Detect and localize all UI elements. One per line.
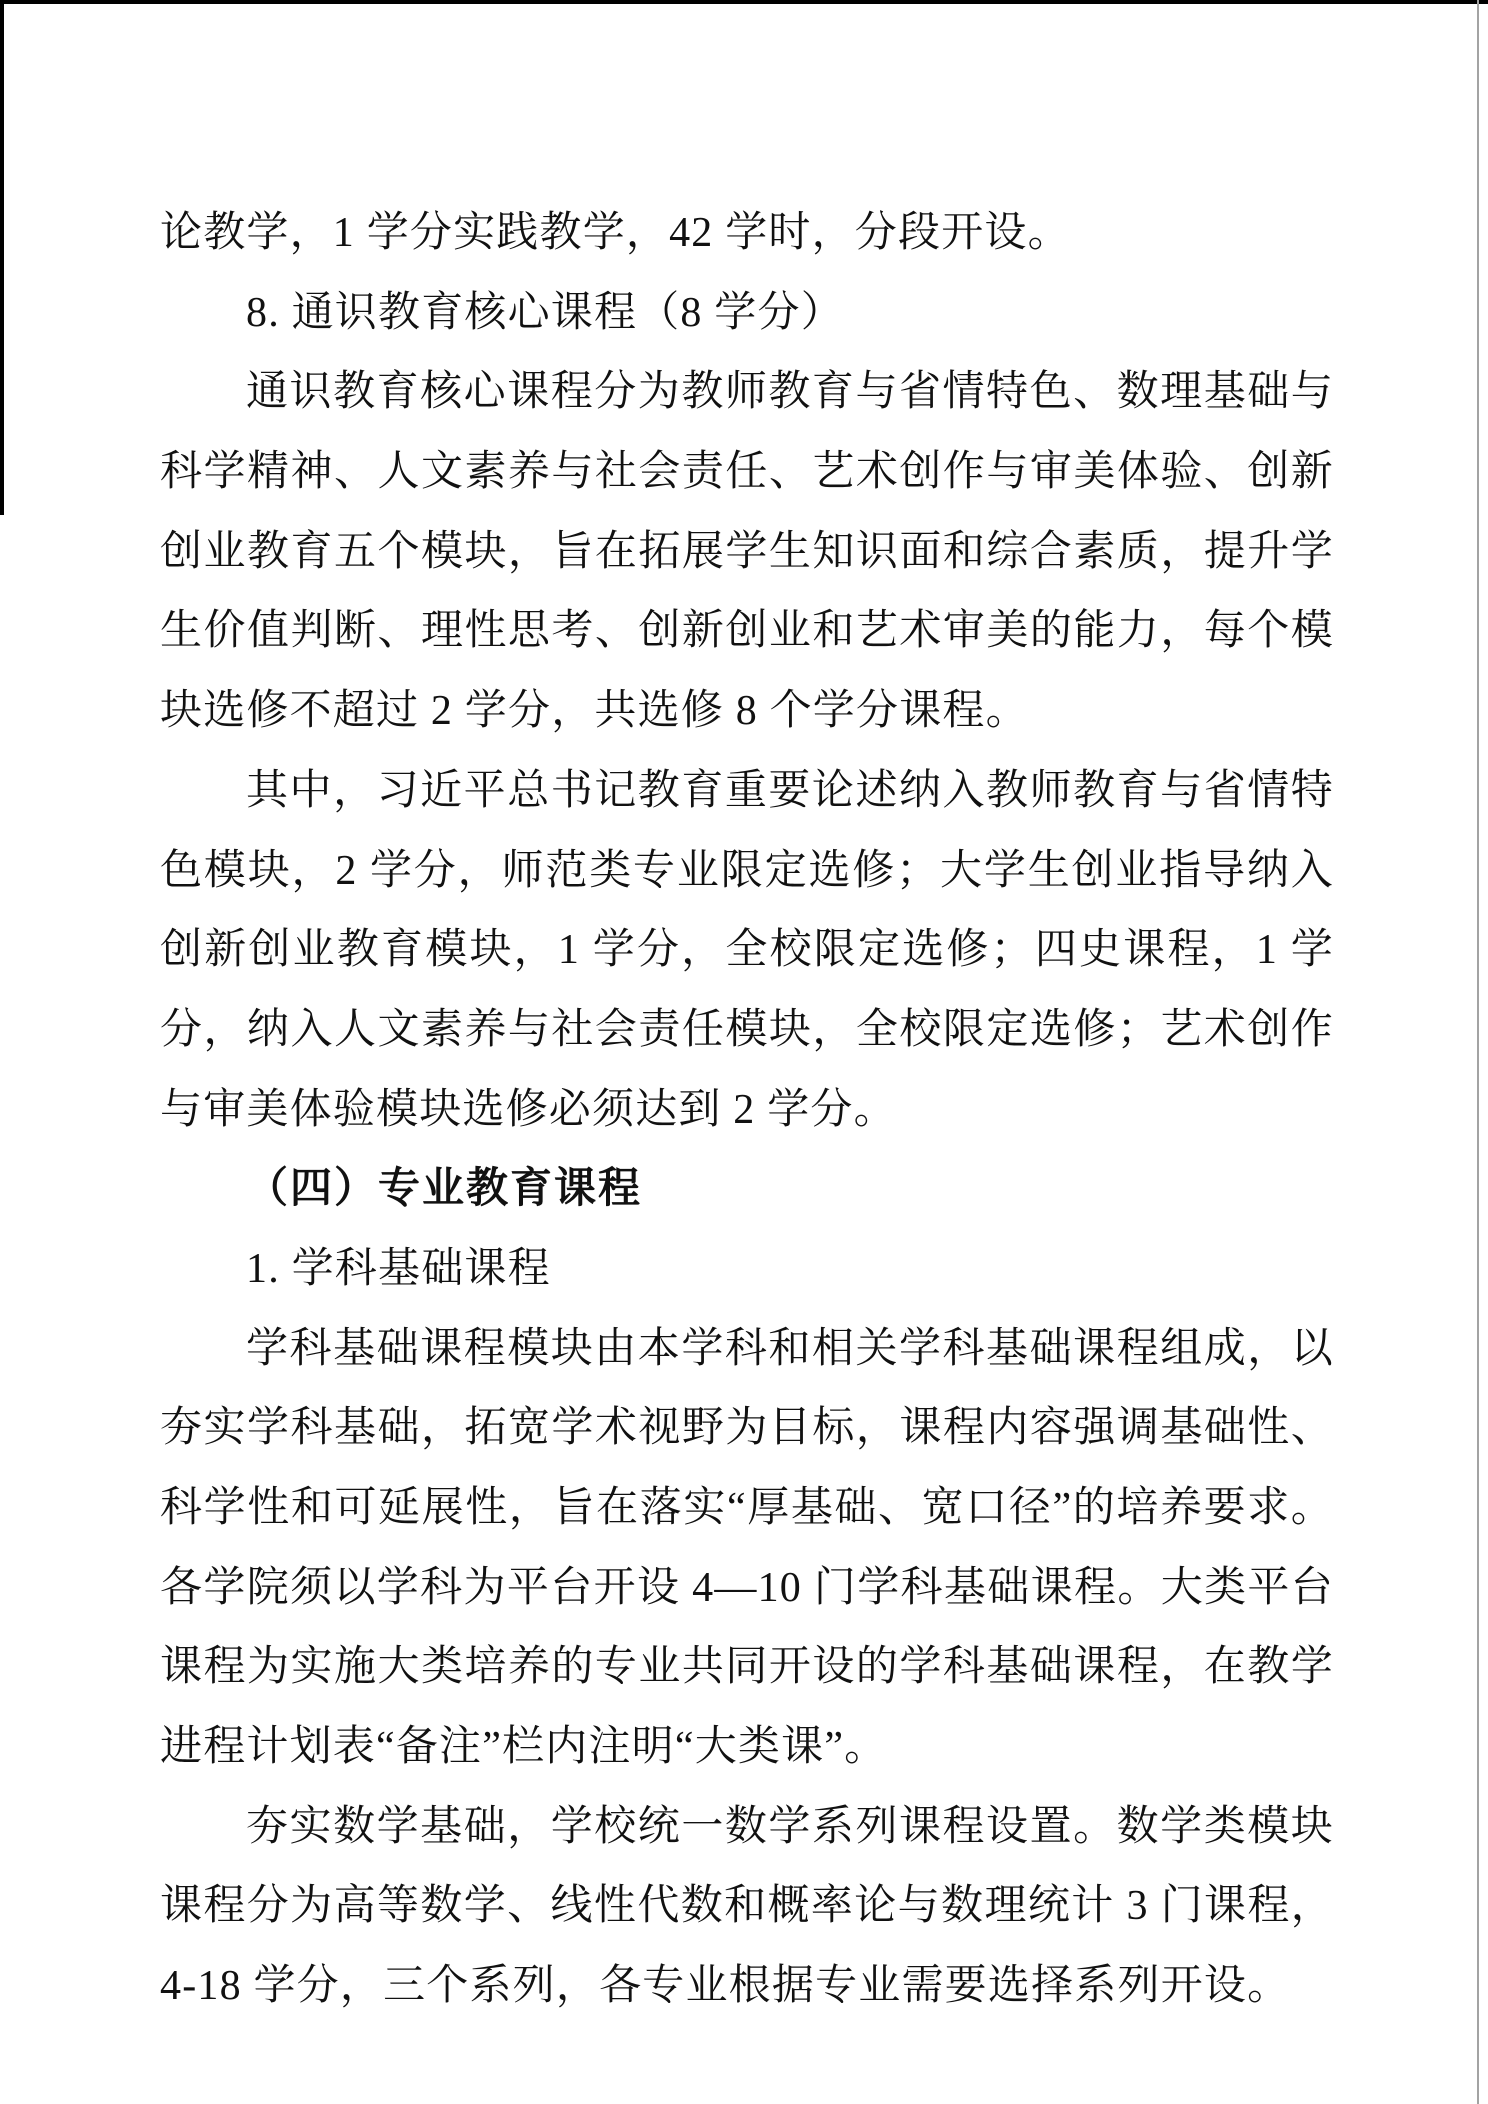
text-line: 课程分为高等数学、线性代数和概率论与数理统计 3 门课程， (160, 1867, 1334, 1947)
text-line: 生价值判断、理性思考、创新创业和艺术审美的能力，每个模 (160, 592, 1334, 672)
text-line: 各学院须以学科为平台开设 4—10 门学科基础课程。大类平台 (160, 1549, 1334, 1629)
scan-edge-left (0, 0, 4, 515)
document-text: 论教学，1 学分实践教学，42 学时，分段开设。8. 通识教育核心课程（8 学分… (160, 194, 1334, 2027)
text-line: 4-18 学分，三个系列，各专业根据专业需要选择系列开设。 (160, 1947, 1334, 2027)
document-page: 论教学，1 学分实践教学，42 学时，分段开设。8. 通识教育核心课程（8 学分… (0, 0, 1488, 2104)
text-line: 通识教育核心课程分为教师教育与省情特色、数理基础与 (160, 353, 1334, 433)
text-line: 夯实数学基础，学校统一数学系列课程设置。数学类模块 (160, 1788, 1334, 1868)
section-heading: （四）专业教育课程 (160, 1150, 1334, 1230)
text-line: 论教学，1 学分实践教学，42 学时，分段开设。 (160, 194, 1334, 274)
text-line: 块选修不超过 2 学分，共选修 8 个学分课程。 (160, 672, 1334, 752)
text-line: 其中，习近平总书记教育重要论述纳入教师教育与省情特 (160, 752, 1334, 832)
text-line: 8. 通识教育核心课程（8 学分） (160, 274, 1334, 354)
scan-edge-right (1477, 0, 1479, 2104)
text-line: 课程为实施大类培养的专业共同开设的学科基础课程，在教学 (160, 1628, 1334, 1708)
text-line: 科学精神、人文素养与社会责任、艺术创作与审美体验、创新 (160, 433, 1334, 513)
text-line: 与审美体验模块选修必须达到 2 学分。 (160, 1071, 1334, 1151)
text-line: 1. 学科基础课程 (160, 1230, 1334, 1310)
scan-edge-top (0, 0, 1488, 4)
text-line: 夯实学科基础，拓宽学术视野为目标，课程内容强调基础性、 (160, 1389, 1334, 1469)
text-line: 创业教育五个模块，旨在拓展学生知识面和综合素质，提升学 (160, 513, 1334, 593)
text-line: 创新创业教育模块，1 学分，全校限定选修；四史课程，1 学 (160, 911, 1334, 991)
text-line: 学科基础课程模块由本学科和相关学科基础课程组成，以 (160, 1310, 1334, 1390)
text-line: 科学性和可延展性，旨在落实“厚基础、宽口径”的培养要求。 (160, 1469, 1334, 1549)
text-line: 分，纳入人文素养与社会责任模块，全校限定选修；艺术创作 (160, 991, 1334, 1071)
text-line: 色模块，2 学分，师范类专业限定选修；大学生创业指导纳入 (160, 832, 1334, 912)
text-line: 进程计划表“备注”栏内注明“大类课”。 (160, 1708, 1334, 1788)
